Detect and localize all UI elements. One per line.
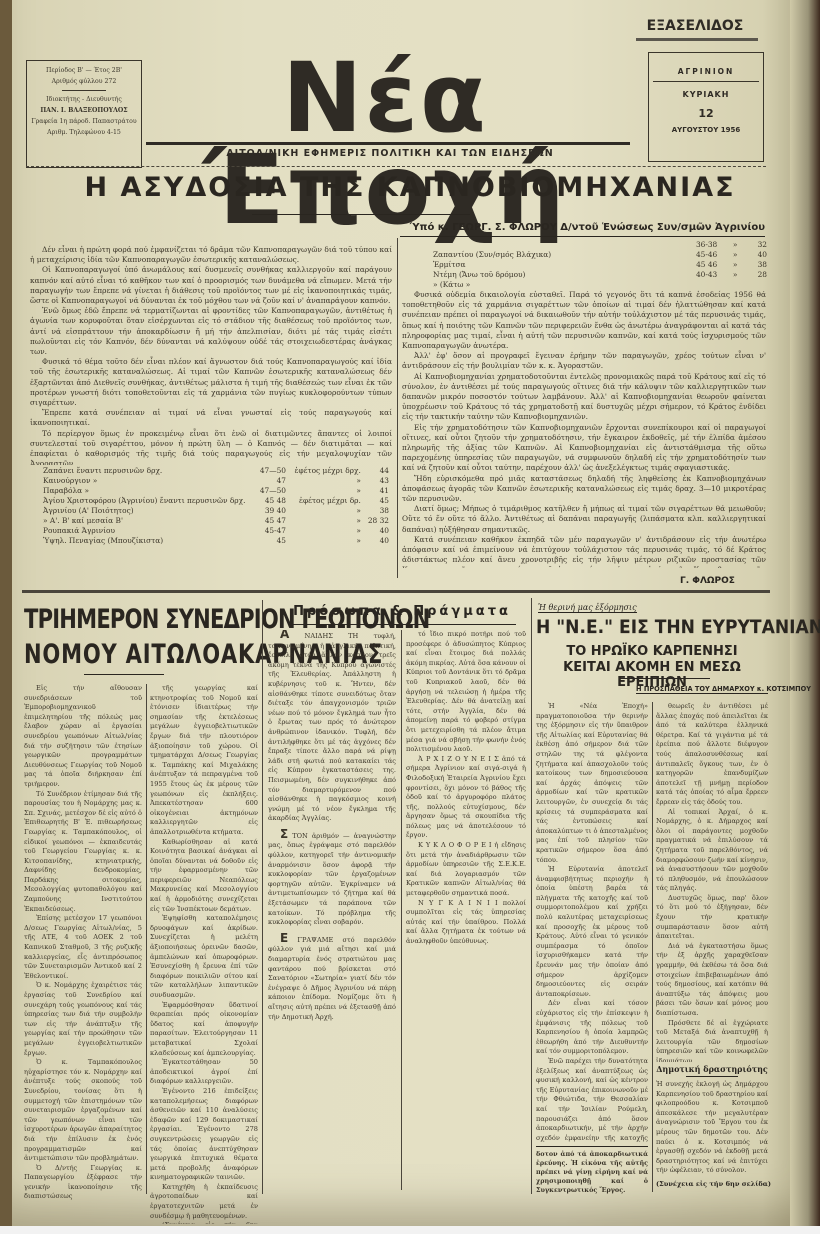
edition-underline xyxy=(636,38,758,41)
paragraph: Καθωρίσθησαν αἱ κατά Κοινότητα βασικαί ἀ… xyxy=(150,838,258,915)
paragraph: Αἱ Καπνοβιομηχανίαι χρηματοδοτοῦνται ἐντ… xyxy=(402,372,766,423)
congress-headline-line1: ΤΡΙΗΜΕΡΟΝ ΣΥΝΕΔΡΙΟΝ ΓΕΩΠΟΝΩΝ xyxy=(24,605,214,635)
table-cell: » xyxy=(289,506,364,516)
column-item: Α ΝΑΙΔΗΣ ΤΗ τυφλή, ταπεινωμένη, ἡ ἀγγλικ… xyxy=(268,630,396,824)
paragraph: Διατί ὅμως; Μήπως ὁ τιμάριθμος κατῆλθεν … xyxy=(402,504,766,535)
table-cell: 28 xyxy=(740,270,770,280)
item-text: ΤΟΝ ἀριθμόν — ἀναγνώστην μας, ὅπως ἐγράψ… xyxy=(268,832,396,926)
paragraph: Ἡ Εὐρυτανία ἀποτελεῖ ἀναμφισβήτητως περι… xyxy=(536,865,648,999)
author-signature: Γ. ΦΛΩΡΟΣ xyxy=(680,576,735,586)
column-divider xyxy=(652,702,653,1192)
paragraph: Ἐψηφίσθη καταπολέμησις δρυοφάγων καί ἀκρ… xyxy=(150,914,258,1000)
table-row: Ντέμη (Ἄνω τοῦ δρόμου)40-43»28 xyxy=(430,270,770,280)
congress-column-2: τῆς γεωργίας καί κτηνοτροφίας τοῦ Νομοῦ … xyxy=(150,684,258,1224)
persons-column-left: Α ΝΑΙΔΗΣ ΤΗ τυφλή, ταπεινωμένη, ἡ ἀγγλικ… xyxy=(268,630,396,1190)
paragraph: Διά νά ἐγκαταστήσω ὅμως τήν ἐξ ἀρχῆς χαρ… xyxy=(656,942,768,1019)
table-row: Ζαπαντίου (Συν/σμός Βλάχικα)45-46»40 xyxy=(430,250,770,260)
column-divider xyxy=(262,600,263,1194)
paragraph: Τό περίεργον ὅμως ἐν προκειμένῳ εἶναι ὅτ… xyxy=(30,429,392,465)
table-cell: 45 46 xyxy=(668,260,720,270)
persons-column-title: Πρόσωπα & Πράγματα xyxy=(292,604,512,619)
table-cell: Ζαπαντίου (Συν/σμός Βλάχικα) xyxy=(430,250,668,260)
dropcap: Ε xyxy=(280,931,288,945)
table-cell: » (Κάτω » xyxy=(430,280,668,290)
table-cell: 45 xyxy=(364,496,392,506)
paragraph: Ὁ Δ/ντής Γεωργίας κ. Παπαγεωργίου ἐξέφρα… xyxy=(24,1164,142,1202)
price-table: Ζαπάνει ἔναντι περυσινῶν δρχ.47—50ἐφέτος… xyxy=(40,466,392,546)
day-number: 12 xyxy=(649,107,763,120)
table-cell: » xyxy=(720,270,740,280)
table-cell: » xyxy=(289,476,364,486)
paragraph: Οἱ Καπνοπαραγωγοί ὑπό ἀνωμάλους καί δυσμ… xyxy=(30,265,392,306)
table-cell: 47 xyxy=(256,476,289,486)
title-underline xyxy=(290,624,516,625)
masthead-divider xyxy=(26,166,766,167)
table-cell: 47—50 xyxy=(256,466,289,476)
column-divider xyxy=(531,598,532,1194)
month-year-label: ΑΥΓΟΥΣΤΟΥ 1956 xyxy=(649,126,763,134)
table-cell: 38 xyxy=(740,260,770,270)
paragraph: Φυσικά οὐδεμία δικαιολογία εὐσταθεῖ. Παρ… xyxy=(402,290,766,351)
table-cell xyxy=(430,240,668,250)
table-cell: 47—50 xyxy=(256,486,289,496)
dropcap: Σ xyxy=(280,827,288,841)
table-row: Ρουπακιά Ἀγρινίου45-47»40 xyxy=(40,526,392,536)
paragraph: Δέν εἶναι καί τόσον εὐχάριστος εἰς τήν ἐ… xyxy=(536,999,648,1057)
table-cell: 28 32 xyxy=(364,516,392,526)
section-divider xyxy=(22,590,770,593)
paragraph: τῆς γεωργίας καί κτηνοτροφίας τοῦ Νομοῦ … xyxy=(150,684,258,838)
table-cell: » xyxy=(720,240,740,250)
table-cell: 44 xyxy=(364,466,392,476)
article-kicker: Ἡ θερινή μας ἐξόρμησις xyxy=(538,603,637,613)
subsection-underline xyxy=(686,1076,738,1077)
table-cell: 45 48 xyxy=(256,496,289,506)
table-row: Ζαπάνει ἔναντι περυσινῶν δρχ.47—50ἐφέτος… xyxy=(40,466,392,476)
table-row: Ἀγρινίου (Α' Ποιότητος)39 40»38 xyxy=(40,506,392,516)
table-cell xyxy=(740,280,770,290)
congress-headline-line2: ΝΟΜΟΥ ΑΙΤΩΛΟΑΚΑΡΝΑΝΙΑΣ xyxy=(24,640,214,670)
column-divider xyxy=(146,684,147,1194)
table-cell: 43 xyxy=(364,476,392,486)
table-cell: 39 40 xyxy=(256,506,289,516)
column-divider xyxy=(397,238,398,578)
continuation-note: (Συνέχεια εἰς τήν 6ην σελίδα) xyxy=(656,1180,771,1188)
paragraph: Αἱ τοπικαί Ἀρχαί, ὁ κ. Νομάρχης, ὁ κ. Δή… xyxy=(656,808,768,894)
paragraph: Ἤδη εὑρισκόμεθα πρό μιᾶς καταστάσεως δηλ… xyxy=(402,474,766,505)
paragraph: Δυστυχῶς ὅμως, παρ' ὅλον τό ὅτι μού τό ἐ… xyxy=(656,894,768,942)
paragraph: Ὁ κ. Ταμπακόπουλος ηὐχαρίστησε τόν κ. Νο… xyxy=(24,1058,142,1164)
table-cell: ἐφέτος μέχρι δρ. xyxy=(289,496,364,506)
edition-label: ΕΞΑΣΕΛΙΔΟΣ xyxy=(636,18,754,34)
column-divider xyxy=(401,630,402,1190)
paragraph: (Συνέχεια εἰς τήν 6ην σελίδα) xyxy=(150,1221,258,1224)
table-cell: 45-46 xyxy=(668,250,720,260)
table-cell: 40 xyxy=(364,526,392,536)
subhead-underline xyxy=(620,678,710,679)
table-cell: » xyxy=(289,526,364,536)
paragraph: Δέν εἶναι ἡ πρώτη φορά πού ἐμφανίζεται τ… xyxy=(30,245,392,265)
eurytania-column-1-footer: δοτον ἀπό τά ἀποκαρδιωτικά ἐρεύνης. Ἡ εἰ… xyxy=(536,1150,648,1195)
table-row: Παραβόλα »47—50»41 xyxy=(40,486,392,496)
lead-headline: Η ΑΣΥΔΟΣΙΑ ΤΗΣ ΚΑΠΝΟΒΙΟΜΗΧΑΝΙΑΣ xyxy=(60,172,760,203)
item-text: ΓΡΑΨΑΜΕ στό παρελθόν φύλλον γιά μιά αἴτη… xyxy=(268,936,396,1021)
office-address: Γραφεία 1η πάροδ. Παπαστράτου xyxy=(27,116,141,127)
persons-column-right: τό ἴδιο πικρό ποτήρι πού τοῦ προσέφερε ὁ… xyxy=(406,630,526,1190)
table-cell: » xyxy=(289,536,364,546)
paragraph: Κατά συνέπειαν καθῆκον ἐκπηδᾶ τῶν μέν πα… xyxy=(402,535,766,568)
table-cell: Ζαπάνει ἔναντι περυσινῶν δρχ. xyxy=(40,466,256,476)
paragraph: Εἰς τήν αἴθουσαν συνεδριάσεων τοῦ Ἐμπορο… xyxy=(24,684,142,790)
column-item: Ἀ Ρ Χ Ι Ζ Ο Υ Ν Ε Ι Σ ἀπό τά σήμερα Ἀγρί… xyxy=(406,755,526,841)
table-cell: 45-47 xyxy=(256,526,289,536)
table-cell: ἐφέτος μέχρι δρχ. xyxy=(289,466,364,476)
table-row: Ὑψηλ. Πεναγίας (Μπουζίκιστα)45»40 xyxy=(40,536,392,546)
table-cell: Ἁγίου Χριστοφόρου (Ἀγρινίου) ἔναντι περυ… xyxy=(40,496,256,506)
table-cell: Ντέμη (Ἄνω τοῦ δρόμου) xyxy=(430,270,668,280)
paragraph: Ἔπρεπε κατά συνέπειαν αἱ τιμαί νά εἶναι … xyxy=(30,408,392,428)
subsection-title: Δημοτική δραστηριότης xyxy=(656,1064,768,1074)
divider xyxy=(536,1146,648,1147)
table-row: 36-38»32 xyxy=(430,240,770,250)
table-cell xyxy=(720,280,740,290)
table-cell xyxy=(668,280,720,290)
date-box: ΑΓΡΙΝΙΟΝ ΚΥΡΙΑΚΗ 12 ΑΥΓΟΥΣΤΟΥ 1956 xyxy=(648,52,764,162)
table-cell: » xyxy=(289,486,364,496)
issue-label: Αριθμός φύλλου 272 xyxy=(27,76,141,87)
table-cell: 40 xyxy=(364,536,392,546)
column-item: Σ ΤΟΝ ἀριθμόν — ἀναγνώστην μας, ὅπως ἐγρ… xyxy=(268,830,396,928)
paragraph: Ἡ «Νέα Ἐποχή» πραγματοποιοῦσα τήν θερινή… xyxy=(536,702,648,865)
table-row: Ἐρμίτσα45 46»38 xyxy=(430,260,770,270)
dropcap: Α xyxy=(280,630,289,641)
table-cell: Ρουπακιά Ἀγρινίου xyxy=(40,526,256,536)
newspaper-title: Νέα Έποχή xyxy=(145,52,625,144)
table-cell: » Α'. Β' καί μεσαία Β' xyxy=(40,516,256,526)
weekday-label: ΚΥΡΙΑΚΗ xyxy=(649,90,763,99)
paragraph: Ἐπίσης μετέσχον 17 γεωπόνοι Δ/σεως Γεωργ… xyxy=(24,914,142,981)
lead-article-left-column: Δέν εἶναι ἡ πρώτη φορά πού ἐμφανίζεται τ… xyxy=(30,245,392,465)
table-cell: 41 xyxy=(364,486,392,496)
column-item: Κ Υ Κ Λ Ο Φ Ο Ρ Ε Ι ἡ εἴδησις ὅτι μετά τ… xyxy=(406,841,526,899)
eurytania-tagline: Η ΠΡΟΣΠΑΘΕΙΑ ΤΟΥ ΔΗΜΑΡΧΟΥ κ. ΚΟΤΣΙΜΠΟΥ xyxy=(636,685,768,694)
table-row: Ἁγίου Χριστοφόρου (Ἀγρινίου) ἔναντι περυ… xyxy=(40,496,392,506)
table-row: Καινούργιον »47»43 xyxy=(40,476,392,486)
table-cell: » xyxy=(720,260,740,270)
paragraph: θεωρεῖς ἐν ἀντιθέσει μέ ἄλλας ἐποχάς πού… xyxy=(656,702,768,808)
table-cell: 38 xyxy=(364,506,392,516)
divider xyxy=(62,90,106,91)
owner-label: Ιδιοκτήτης - Διευθυντής xyxy=(27,94,141,105)
table-cell: Καινούργιον » xyxy=(40,476,256,486)
table-cell: » xyxy=(720,250,740,260)
paragraph: Φυσικά τό θέμα τοῦτο δέν εἶναι πλέον καί… xyxy=(30,357,392,408)
phone-number: Αριθμ. Τηλεφώνου 4-15 xyxy=(27,127,141,138)
table-cell: 45 47 xyxy=(256,516,289,526)
eurytania-column-1: Ἡ «Νέα Ἐποχή» πραγματοποιοῦσα τήν θερινή… xyxy=(536,702,648,1142)
paragraph: Ἐνῶ ὅμως ἐδῶ ἔπρεπε νά τερματίζωνται αἱ … xyxy=(30,306,392,357)
table-cell: Ἀγρινίου (Α' Ποιότητος) xyxy=(40,506,256,516)
table-cell: » xyxy=(289,516,364,526)
column-item: Ν Υ Γ Κ Α Ι Ν Ι Ι πολλοί συμπολῖται εἰς … xyxy=(406,899,526,947)
subsection-text: Ἡ συνεχής ἐκλογή ὡς Δημάρχου Καρπενησίου… xyxy=(656,1080,768,1176)
paragraph: Εἰς τήν χρηματοδότησιν τῶν Καπνοβιομηχαν… xyxy=(402,423,766,474)
paragraph: Ἐγκατεστάθησαν 50 ἀποδεικτικοί ἀγροί ἐπί… xyxy=(150,1058,258,1087)
lead-byline: Ύπό κ. ΓΕΩΡΓ. Σ. ΦΛΩΡΟΥ Δ/ντοῦ Ἑνώσεως Σ… xyxy=(400,222,765,233)
column-item: Ε ΓΡΑΨΑΜΕ στό παρελθόν φύλλον γιά μιά αἴ… xyxy=(268,934,396,1022)
table-cell: Παραβόλα » xyxy=(40,486,256,496)
divider xyxy=(653,81,759,82)
table-cell: 40 xyxy=(740,250,770,260)
table-cell: Ἐρμίτσα xyxy=(430,260,668,270)
congress-column-1: Εἰς τήν αἴθουσαν συνεδριάσεων τοῦ Ἐμπορο… xyxy=(24,684,142,1224)
column-item: τό ἴδιο πικρό ποτήρι πού τοῦ προσέφερε ὁ… xyxy=(406,630,526,755)
paragraph: Πρόσθετε δέ αἱ ἐγχώριατε τοῦ Μεταξά διά … xyxy=(656,1019,768,1062)
price-table-continued: 36-38»32Ζαπαντίου (Συν/σμός Βλάχικα)45-4… xyxy=(430,240,770,290)
owner-name: ΠΑΝ. Ι. ΒΛΑΞΕΟΠΟΥΛΟΣ xyxy=(27,105,141,116)
paragraph: Τό Συνέδριον ἐτίμησαν διά τῆς παρουσίας … xyxy=(24,790,142,915)
eurytania-column-2: θεωρεῖς ἐν ἀντιθέσει μέ ἄλλας ἐποχάς πού… xyxy=(656,702,768,1062)
period-label: Περίοδος Β' — Έτος 2Β' xyxy=(27,65,141,76)
table-row: » Α'. Β' καί μεσαία Β'45 47»28 32 xyxy=(40,516,392,526)
paragraph: Κατηχήθη ἡ ἐκπαίδευσις ἀγροτοπαίδων καί … xyxy=(150,1183,258,1221)
byline-underline xyxy=(400,236,765,237)
table-cell: 36-38 xyxy=(668,240,720,250)
item-text: ΝΑΙΔΗΣ ΤΗ τυφλή, ταπεινωμένη, ἡ ἀγγλική … xyxy=(268,632,396,822)
eurytania-headline: Η "Ν.Ε." ΕΙΣ ΤΗΝ ΕΥΡΥΤΑΝΙΑΝ xyxy=(536,616,745,638)
lead-article-right-column: Φυσικά οὐδεμία δικαιολογία εὐσταθεῖ. Παρ… xyxy=(402,290,766,568)
masthead-info-box: Περίοδος Β' — Έτος 2Β' Αριθμός φύλλου 27… xyxy=(26,60,142,168)
newspaper-subtitle: ΑΙΤΩΛ/ΝΙΚΗ ΕΦΗΜΕΡΙΣ ΠΟΛΙΤΙΚΗ ΚΑΙ ΤΩΝ ΕΙΔ… xyxy=(150,148,630,159)
city-label: ΑΓΡΙΝΙΟΝ xyxy=(649,67,763,76)
paragraph: Ἐφαρμόσθησαν ὕδατινοί θεραπείαι πρός οἰκ… xyxy=(150,1001,258,1059)
title-underline xyxy=(146,142,630,145)
paragraph: Ὁ κ. Νομάρχης ἐχαιρέτισε τάς ἐργασίας το… xyxy=(24,981,142,1058)
scan-border xyxy=(0,1226,820,1234)
headline-underline xyxy=(84,674,164,675)
table-cell: 32 xyxy=(740,240,770,250)
table-cell: 45 xyxy=(256,536,289,546)
headline-underline xyxy=(252,214,470,215)
paragraph: Ἐγένοντο 216 ἐπιδείξεις καταπολεμήσεως δ… xyxy=(150,1087,258,1183)
table-cell: 40-43 xyxy=(668,270,720,280)
eurytania-subhead-1: ΤΟ ΗΡΩΪΚΟ ΚΑΡΠΕΝΗΣΙ xyxy=(536,644,768,659)
paragraph: Ἀλλ' ἐφ' ὅσον αἱ προγραφεῖ ἔγειναν ἐρήμη… xyxy=(402,351,766,371)
paragraph: Ἐνῶ παρέχει τήν δυνατότητα ἐξελίξεως καί… xyxy=(536,1057,648,1142)
table-row: » (Κάτω » xyxy=(430,280,770,290)
table-cell: Ὑψηλ. Πεναγίας (Μπουζίκιστα) xyxy=(40,536,256,546)
